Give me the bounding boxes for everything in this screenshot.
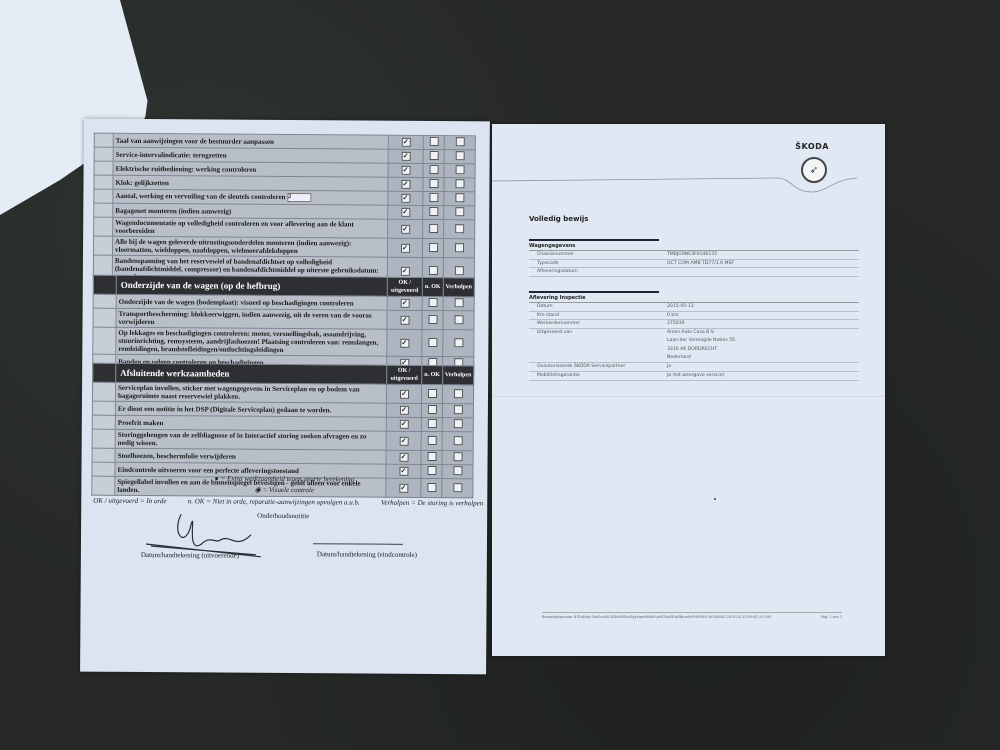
ok-checkbox[interactable]: ✓ bbox=[400, 315, 409, 324]
vehicle-section-title: Wagengegevens bbox=[529, 241, 859, 251]
resolved-checkbox[interactable] bbox=[454, 315, 463, 324]
ok-checkbox[interactable]: ✓ bbox=[399, 436, 408, 445]
certificate-footer: Bevestigingscode: 87EqDwJx i5aDcnKACMDdA… bbox=[542, 612, 842, 619]
info-row: Geautoriseerde ŠKODA Servicepartner Ja bbox=[529, 363, 859, 372]
key-count-input[interactable]: 2 bbox=[287, 193, 311, 202]
page-number: Pag. 1 van 1 bbox=[821, 615, 842, 619]
info-value: 0 km bbox=[667, 312, 859, 320]
executor-signature-label: Datum/handtekening (uitvoerende) bbox=[141, 551, 239, 560]
final-signature-line bbox=[313, 543, 403, 545]
checklist-item-text: Op lekkages en beschadigingen controlere… bbox=[116, 327, 387, 356]
checklist-underbody-table: Onderzijde van de wagen (op de hefbrug) … bbox=[92, 275, 475, 372]
checklist-item-text: Serviceplan invullen, sticker met wageng… bbox=[115, 382, 386, 403]
not-ok-checkbox[interactable] bbox=[427, 452, 436, 461]
info-row: Km-stand 0 km bbox=[529, 312, 859, 321]
resolved-checkbox[interactable] bbox=[453, 436, 462, 445]
info-value: TMBJG9NE3F0146135 bbox=[667, 251, 859, 259]
resolved-checkbox[interactable] bbox=[455, 224, 464, 233]
info-label: Geautoriseerde ŠKODA Servicepartner bbox=[529, 363, 667, 371]
resolved-checkbox[interactable] bbox=[454, 298, 463, 307]
ok-checkbox[interactable]: ✓ bbox=[401, 180, 410, 189]
ok-checkbox[interactable]: ✓ bbox=[401, 194, 410, 203]
col-ok: OK / uitgevoerd bbox=[387, 277, 422, 296]
not-ok-checkbox[interactable] bbox=[427, 419, 436, 428]
resolved-checkbox[interactable] bbox=[454, 338, 463, 347]
resolved-checkbox[interactable] bbox=[455, 151, 464, 160]
not-ok-checkbox[interactable] bbox=[429, 207, 438, 216]
ok-checkbox[interactable]: ✓ bbox=[400, 299, 409, 308]
ok-checkbox[interactable]: ✓ bbox=[399, 453, 408, 462]
info-label: Mobiliteitsgarantie bbox=[529, 372, 667, 380]
info-value: OCT COM AMB TD77/1.6 MSF bbox=[667, 260, 859, 268]
info-row: Typecode OCT COM AMB TD77/1.6 MSF bbox=[529, 260, 859, 269]
not-ok-checkbox[interactable] bbox=[428, 298, 437, 307]
not-ok-checkbox[interactable] bbox=[427, 405, 436, 414]
final-signature-label: Datum/handtekening (eindcontrole) bbox=[317, 550, 417, 559]
checklist-item-text: Alle bij de wagen geleverde uitrustingso… bbox=[112, 236, 387, 257]
info-row: Datum 2015-05-13 bbox=[529, 303, 859, 312]
resolved-checkbox[interactable] bbox=[453, 466, 462, 475]
resolved-checkbox[interactable] bbox=[455, 193, 464, 202]
paper-fold bbox=[492, 396, 885, 398]
info-row: Uitgevoerd van Ames Auto Casa B.V.Laan d… bbox=[529, 329, 859, 364]
section-title: Onderzijde van de wagen (op de hefbrug) bbox=[116, 275, 387, 296]
ok-checkbox[interactable]: ✓ bbox=[399, 467, 408, 476]
section-title: Afsluitende werkzaamheden bbox=[116, 363, 387, 384]
resolved-checkbox[interactable] bbox=[453, 419, 462, 428]
info-row: Chassisnummer TMBJG9NE3F0146135 bbox=[529, 251, 859, 260]
not-ok-checkbox[interactable] bbox=[429, 179, 438, 188]
info-value: Ja (tot weergave service) bbox=[667, 372, 859, 380]
col-verholpen: Verholpen bbox=[443, 278, 474, 297]
ok-checkbox[interactable]: ✓ bbox=[401, 166, 410, 175]
confirmation-code: Bevestigingscode: 87EqDwJx i5aDcnKACMDdA… bbox=[542, 615, 771, 619]
col-nok: n. OK bbox=[422, 277, 443, 296]
document-title: Volledig bewijs bbox=[529, 215, 588, 223]
not-ok-checkbox[interactable] bbox=[428, 265, 437, 274]
resolved-checkbox[interactable] bbox=[455, 179, 464, 188]
not-ok-checkbox[interactable] bbox=[427, 466, 436, 475]
resolved-checkbox[interactable] bbox=[453, 389, 462, 398]
skoda-delivery-certificate: ŠKODA ➶ Volledig bewijs Wagengegevens Ch… bbox=[492, 124, 885, 656]
info-value: Ames Auto Casa B.V.Laan der Verenigde Na… bbox=[667, 329, 859, 363]
info-label: Afleveringsdatum bbox=[529, 268, 667, 276]
delivery-checklist-sheet: Taal van aanwijzingen voor de bestuurder… bbox=[80, 119, 490, 675]
resolved-checkbox[interactable] bbox=[455, 207, 464, 216]
resolved-checkbox[interactable] bbox=[454, 266, 463, 275]
col-verholpen: Verholpen bbox=[443, 366, 474, 385]
not-ok-checkbox[interactable] bbox=[429, 193, 438, 202]
info-value bbox=[667, 268, 859, 276]
inspection-section: Aflevering Inspectie Datum 2015-05-13 Km… bbox=[529, 291, 859, 381]
info-row: Afleveringsdatum bbox=[529, 268, 859, 277]
vehicle-data-section: Wagengegevens Chassisnummer TMBJG9NE3F01… bbox=[529, 239, 859, 277]
info-label: Chassisnummer bbox=[529, 251, 667, 259]
not-ok-checkbox[interactable] bbox=[428, 314, 437, 323]
ok-checkbox[interactable]: ✓ bbox=[399, 420, 408, 429]
not-ok-checkbox[interactable] bbox=[429, 137, 438, 146]
ok-checkbox[interactable]: ✓ bbox=[401, 243, 410, 252]
checklist-item-text: Wagendocumentatie op volledigheid contro… bbox=[113, 217, 388, 238]
col-ok: OK / uitgevoerd bbox=[387, 365, 422, 384]
not-ok-checkbox[interactable] bbox=[429, 165, 438, 174]
ok-checkbox[interactable]: ✓ bbox=[399, 389, 408, 398]
ok-checkbox[interactable]: ✓ bbox=[401, 208, 410, 217]
info-label: Werkordernummer bbox=[529, 320, 667, 328]
info-label: Datum bbox=[529, 303, 667, 311]
checklist-item-text: Transportbescherming: blokkeerwiggen, in… bbox=[116, 308, 387, 329]
brand-name: ŠKODA bbox=[795, 142, 829, 151]
info-value: 2015-05-13 bbox=[667, 303, 859, 311]
checklist-item-text: Storinggeheugen van de zelfdiagnose of i… bbox=[115, 429, 386, 450]
resolved-checkbox[interactable] bbox=[453, 405, 462, 414]
not-ok-checkbox[interactable] bbox=[427, 388, 436, 397]
info-label: Uitgevoerd van bbox=[529, 329, 667, 363]
resolved-checkbox[interactable] bbox=[455, 243, 464, 252]
ok-checkbox[interactable]: ✓ bbox=[400, 338, 409, 347]
legend-verholpen: Verholpen = De storing is verholpen bbox=[381, 499, 483, 508]
info-value: 275039 bbox=[667, 320, 859, 328]
info-row: Werkordernummer 275039 bbox=[529, 320, 859, 329]
info-row: Mobiliteitsgarantie Ja (tot weergave ser… bbox=[529, 372, 859, 381]
paper-speck bbox=[714, 498, 716, 500]
not-ok-checkbox[interactable] bbox=[428, 337, 437, 346]
ok-checkbox[interactable]: ✓ bbox=[401, 224, 410, 233]
resolved-checkbox[interactable] bbox=[455, 165, 464, 174]
info-value: Ja bbox=[667, 363, 859, 371]
not-ok-checkbox[interactable] bbox=[427, 435, 436, 444]
inspection-section-title: Aflevering Inspectie bbox=[529, 293, 859, 303]
checklist-row: Op lekkages en beschadigingen controlere… bbox=[93, 327, 474, 357]
ok-checkbox[interactable]: ✓ bbox=[401, 152, 410, 161]
not-ok-checkbox[interactable] bbox=[429, 223, 438, 232]
header-curve-divider bbox=[492, 174, 885, 194]
ok-checkbox[interactable]: ✓ bbox=[401, 138, 410, 147]
not-ok-checkbox[interactable] bbox=[429, 151, 438, 160]
ok-checkbox[interactable]: ✓ bbox=[399, 406, 408, 415]
info-label: Km-stand bbox=[529, 312, 667, 320]
ok-checkbox[interactable]: ✓ bbox=[400, 266, 409, 275]
not-ok-checkbox[interactable] bbox=[429, 242, 438, 251]
checklist-top-table: Taal van aanwijzingen voor de bestuurder… bbox=[93, 133, 476, 286]
col-nok: n. OK bbox=[422, 365, 443, 384]
info-label: Typecode bbox=[529, 260, 667, 268]
resolved-checkbox[interactable] bbox=[453, 452, 462, 461]
resolved-checkbox[interactable] bbox=[455, 137, 464, 146]
